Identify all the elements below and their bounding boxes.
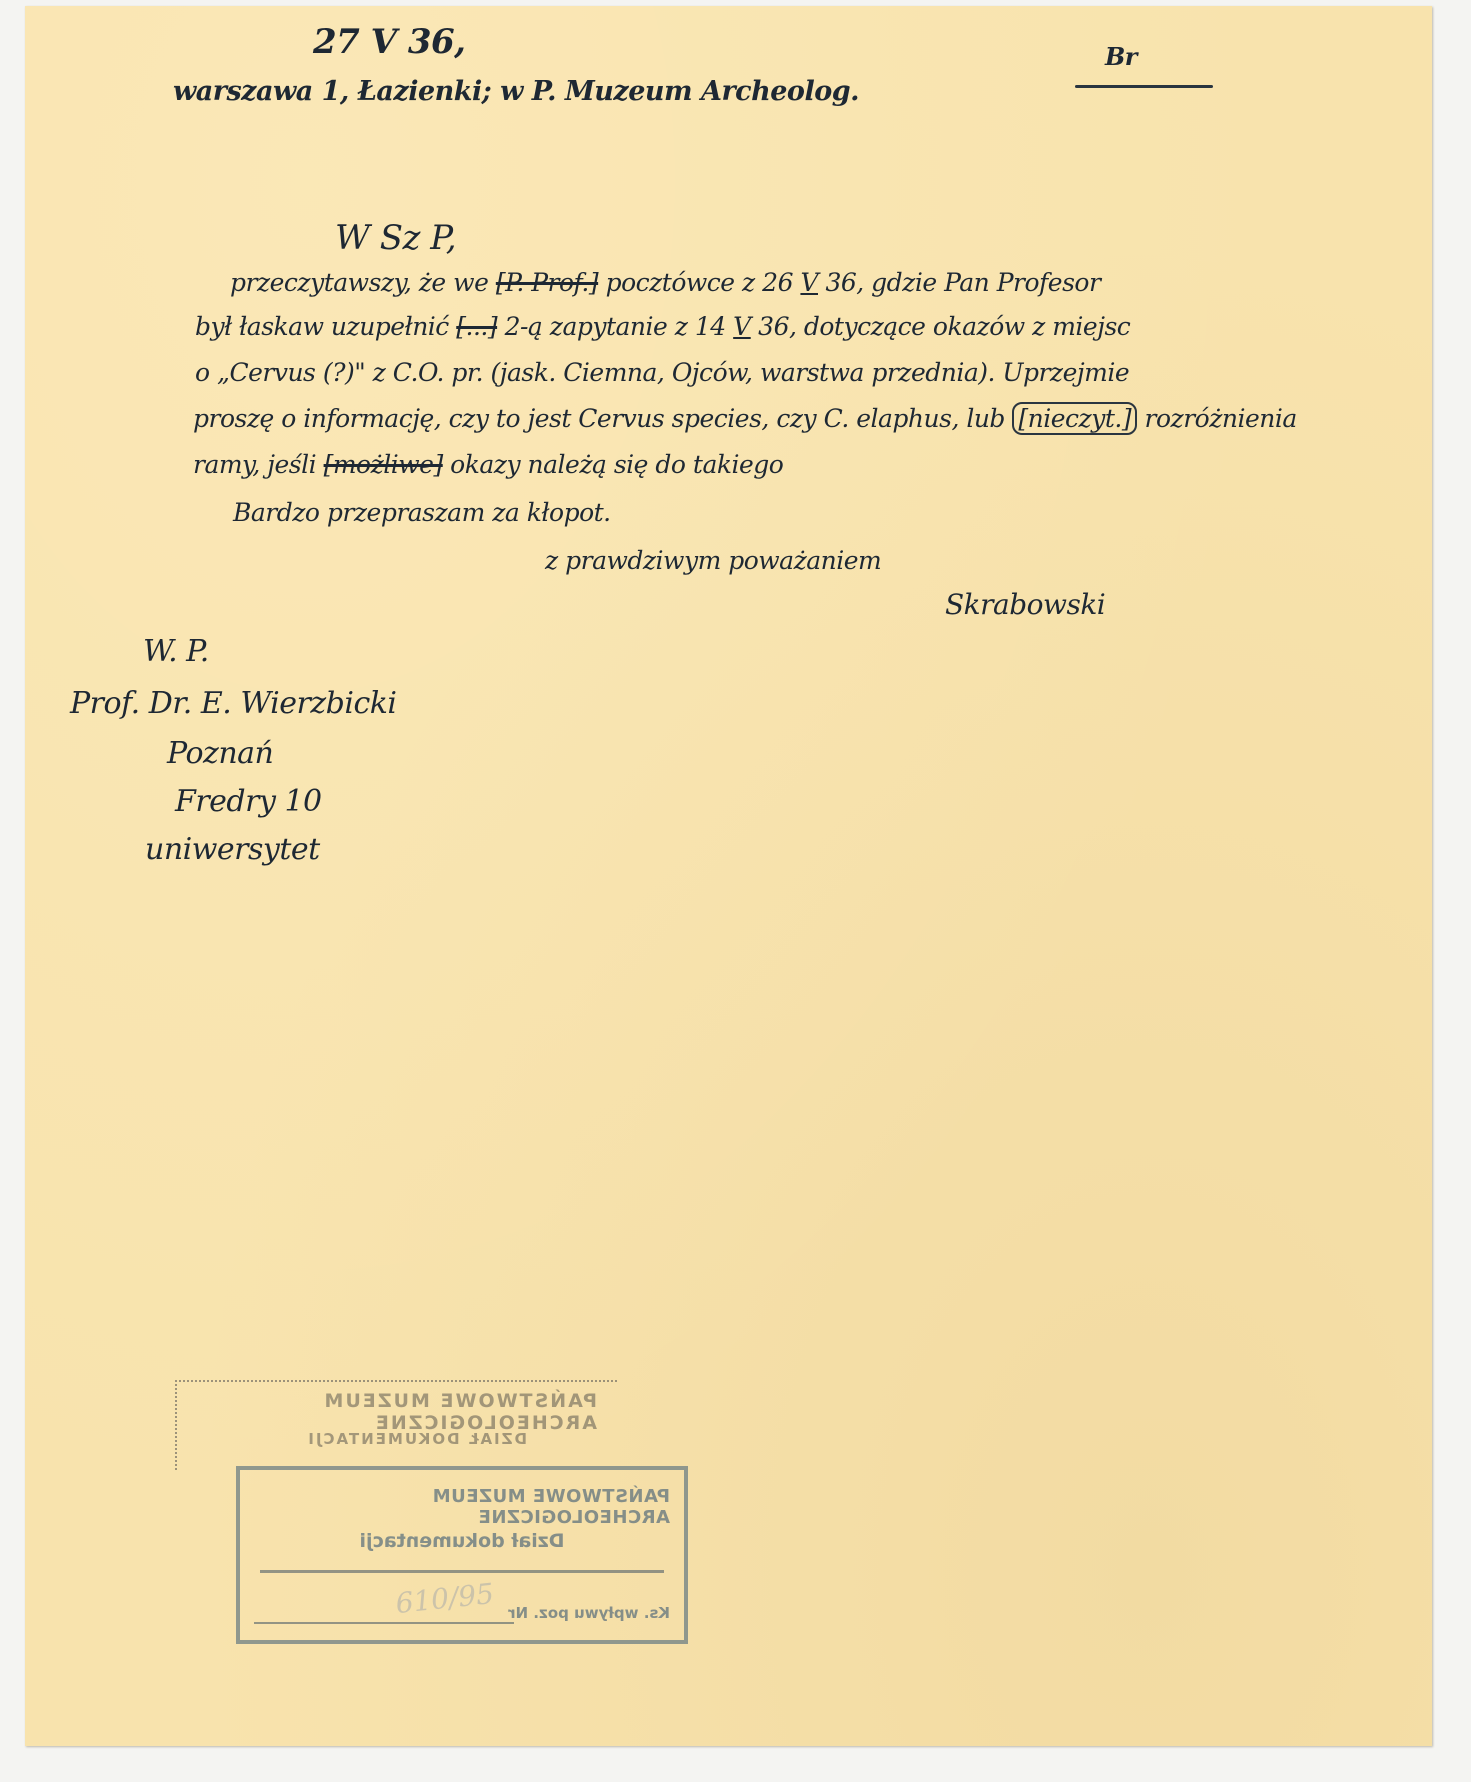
letter-signature: Skrabowski (945, 588, 1105, 621)
body-line-2: był łaskaw uzupełnić [...] 2-ą zapytanie… (195, 312, 1130, 341)
address-line-4: Fredry 10 (175, 784, 322, 819)
body-line-1-pre: przeczytawszy, że we (230, 268, 488, 297)
body-line-1: przeczytawszy, że we [P. Prof.] pocztówc… (230, 268, 1100, 297)
body-line-3: o „Cervus (?)" z C.O. pr. (jask. Ciemna,… (195, 358, 1129, 387)
body-line-1-month: V (800, 268, 818, 297)
header-underline (1075, 85, 1213, 88)
body-line-1-struck: [P. Prof.] (496, 268, 598, 297)
stamp-register-line (254, 1622, 514, 1624)
address-line-5: uniwersytet (145, 832, 320, 867)
faint-old-stamp: PAŃSTWOWE MUZEUM ARCHEOLOGICZNE Dział do… (175, 1380, 617, 1470)
letter-closing: z prawdziwym poważaniem (545, 546, 881, 575)
recipient-initials: Br (1105, 42, 1137, 71)
stamp-department: Dział dokumentacji (240, 1530, 684, 1552)
body-line-5-pre: ramy, jeśli (193, 450, 316, 479)
body-line-4-boxed: [nieczyt.] (1012, 402, 1137, 435)
body-line-5-struck: [możliwe] (324, 450, 443, 479)
body-line-5: ramy, jeśli [możliwe] okazy należą się d… (193, 450, 783, 479)
body-line-5-post: okazy należą się do takiego (450, 450, 783, 479)
body-line-4-pre: proszę o informację, czy to jest Cervus … (193, 404, 816, 433)
body-line-4-post: C. elaphus, lub (824, 404, 1005, 433)
body-line-2-month: V (733, 312, 751, 341)
letter-salutation: W Sz P, (335, 218, 456, 258)
body-line-2-post: 2-ą zapytanie z 14 (505, 312, 726, 341)
stamp-divider (260, 1570, 664, 1573)
old-stamp-line-2: Dział dokumentacji (306, 1430, 527, 1448)
body-line-2-struck: [...] (456, 312, 497, 341)
stamp-museum-name: PAŃSTWOWE MUZEUM ARCHEOLOGICZNE (240, 1486, 670, 1528)
address-line-1: W. P. (143, 634, 209, 669)
body-line-4-after: rozróżnienia (1145, 404, 1297, 433)
archive-stamp: PAŃSTWOWE MUZEUM ARCHEOLOGICZNE Dział do… (236, 1466, 688, 1644)
letter-date: 27 V 36, (313, 22, 466, 62)
body-line-2-pre: był łaskaw uzupełnić (195, 312, 449, 341)
body-line-1-after: 36, gdzie Pan Profesor (825, 268, 1100, 297)
letter-place-line: warszawa 1, Łazienki; w P. Muzeum Archeo… (173, 76, 859, 107)
body-line-6: Bardzo przepraszam za kłopot. (233, 498, 611, 527)
body-line-2-after: 36, dotyczące okazów z miejsc (758, 312, 1130, 341)
body-line-4: proszę o informację, czy to jest Cervus … (193, 404, 1297, 433)
old-stamp-line-1: PAŃSTWOWE MUZEUM ARCHEOLOGICZNE (177, 1390, 597, 1434)
address-line-2: Prof. Dr. E. Wierzbicki (70, 686, 397, 721)
address-line-3: Poznań (167, 736, 273, 771)
stamp-pencil-number: 610/95 (394, 1577, 495, 1620)
body-line-1-post: pocztówce z 26 (606, 268, 793, 297)
stamp-register-label: Ks. wpływu poz. Nr (508, 1604, 670, 1622)
